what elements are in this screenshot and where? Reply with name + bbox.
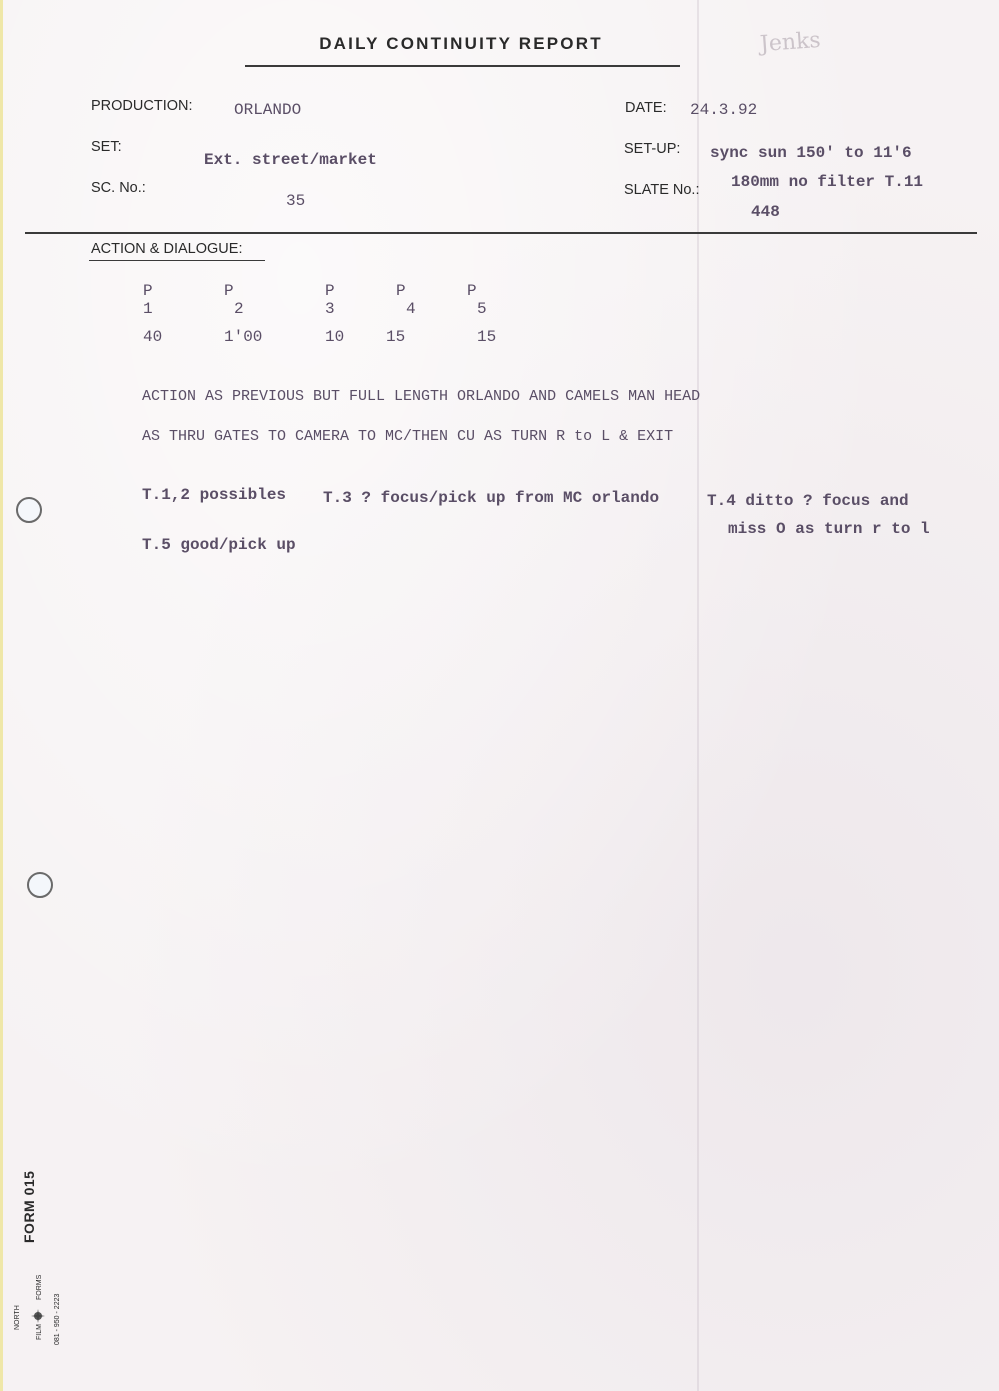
pencil-note: Jenks (759, 28, 821, 57)
set-label: SET: (91, 139, 122, 155)
take-number: 1 (143, 300, 153, 318)
punch-hole (27, 872, 53, 898)
publisher-phone: 081 - 950 - 2223 (54, 1294, 61, 1345)
compass-logo-icon (31, 1309, 45, 1323)
take-number: 2 (234, 300, 244, 318)
date-label: DATE: (625, 100, 667, 116)
note-take-4-line2: miss O as turn r to l (728, 520, 930, 538)
publisher-north: NORTH (14, 1305, 21, 1330)
note-takes-1-2: T.1,2 possibles (142, 486, 286, 504)
note-take-5: T.5 good/pick up (142, 536, 296, 554)
note-take-3: T.3 ? focus/pick up from MC orlando (323, 489, 659, 507)
slate-no-label: SLATE No.: (624, 182, 699, 198)
punch-hole (16, 497, 42, 523)
take-number: 3 (325, 300, 335, 318)
header-divider (25, 232, 977, 234)
date-value: 24.3.92 (690, 101, 757, 119)
take-mark: P (467, 282, 477, 300)
scene-no-label: SC. No.: (91, 180, 146, 196)
publisher-forms: FORMS (36, 1275, 43, 1300)
form-title: DAILY CONTINUITY REPORT (245, 34, 677, 54)
set-value: Ext. street/market (204, 151, 377, 169)
take-number: 5 (477, 300, 487, 318)
take-mark: P (143, 282, 153, 300)
slate-line1: 180mm no filter T.11 (731, 173, 923, 191)
take-mark: P (325, 282, 335, 300)
publisher-film: FILM (36, 1324, 43, 1340)
page-edge (0, 0, 3, 1391)
production-label: PRODUCTION: (91, 98, 193, 114)
take-duration: 1'00 (224, 328, 262, 346)
fold-crease (697, 0, 699, 1391)
action-dialogue-label: ACTION & DIALOGUE: (91, 241, 242, 257)
take-number: 4 (406, 300, 416, 318)
set-up-value: sync sun 150' to 11'6 (710, 144, 912, 162)
note-take-4-line1: T.4 ditto ? focus and (707, 492, 909, 510)
take-duration: 10 (325, 328, 344, 346)
action-line-2: AS THRU GATES TO CAMERA TO MC/THEN CU AS… (142, 428, 673, 445)
take-mark: P (224, 282, 234, 300)
take-duration: 15 (477, 328, 496, 346)
report-page (0, 0, 999, 1391)
set-up-label: SET-UP: (624, 141, 680, 157)
slate-line2: 448 (751, 203, 780, 221)
production-value: ORLANDO (234, 101, 301, 119)
action-line-1: ACTION AS PREVIOUS BUT FULL LENGTH ORLAN… (142, 388, 700, 405)
action-dialogue-underline (89, 260, 265, 261)
take-mark: P (396, 282, 406, 300)
title-underline (245, 65, 680, 67)
take-duration: 40 (143, 328, 162, 346)
scene-no-value: 35 (286, 192, 305, 210)
form-number: FORM 015 (21, 1171, 37, 1243)
take-duration: 15 (386, 328, 405, 346)
